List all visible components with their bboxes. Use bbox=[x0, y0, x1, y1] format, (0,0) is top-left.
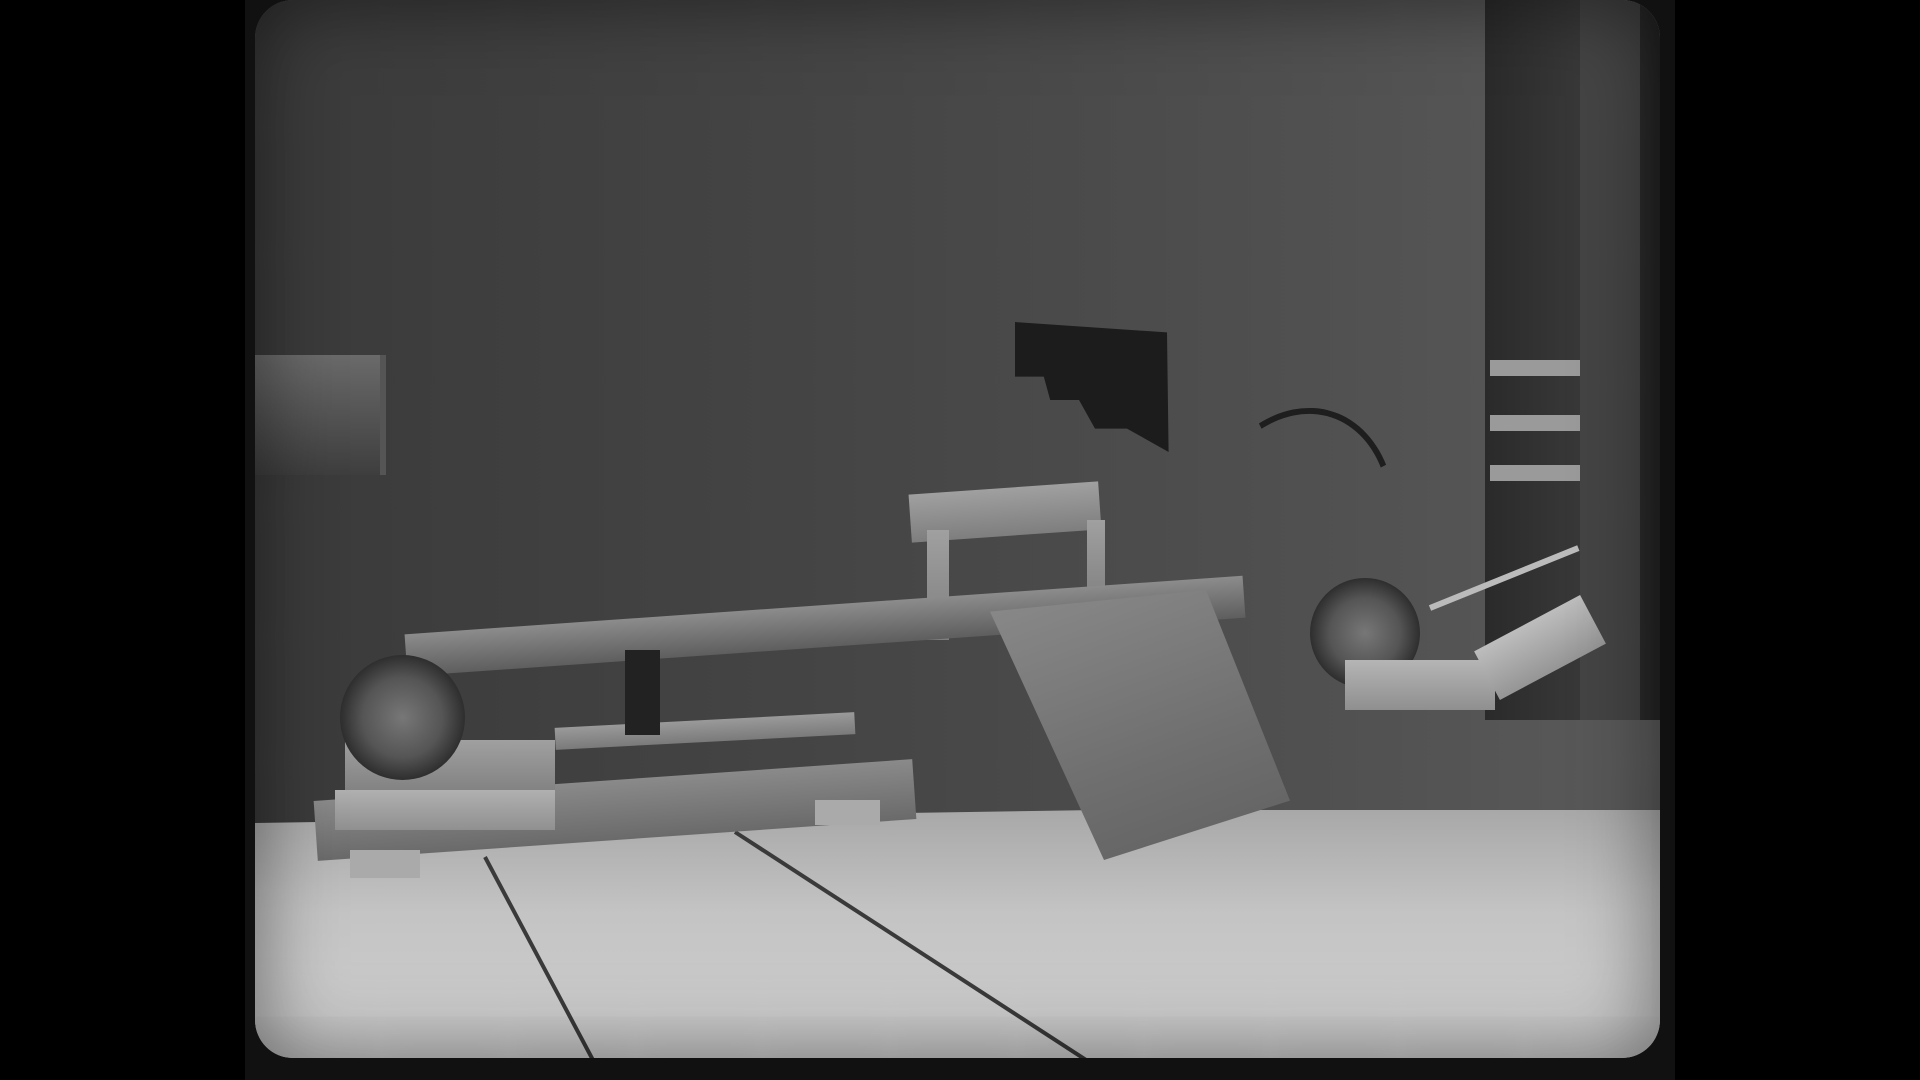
right-mount-block bbox=[1345, 660, 1495, 710]
film-frame bbox=[245, 0, 1675, 1080]
belt-support-post bbox=[625, 650, 660, 735]
mount-base-block bbox=[335, 790, 555, 830]
wall-mounted-box bbox=[255, 355, 386, 475]
letterbox-left bbox=[0, 0, 245, 1080]
shelf-board bbox=[1490, 465, 1580, 481]
photograph bbox=[255, 0, 1660, 1058]
shelf-board bbox=[1490, 360, 1580, 376]
shelf-board bbox=[1490, 415, 1580, 431]
foot-block bbox=[350, 850, 420, 878]
foot-block bbox=[815, 800, 880, 825]
left-pulley bbox=[340, 655, 465, 780]
backdrop-wall bbox=[255, 0, 1660, 840]
letterbox-right bbox=[1675, 0, 1920, 1080]
